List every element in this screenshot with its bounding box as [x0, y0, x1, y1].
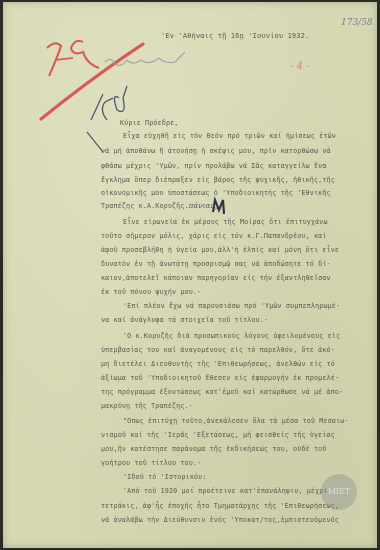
- body-line: της πρόγραμμα ἐξοντώσεως κατ'ἐμοῦ καί κα…: [101, 388, 343, 396]
- body-line: 'Επί πλέον ἔχω νά παρουσιάσω πρό 'Υμῶν σ…: [123, 302, 340, 310]
- body-line: γοήτρου τοῦ τίτλου του.-: [101, 459, 201, 467]
- body-line: νισμοῦ καί τῆς 'Ιερᾶς 'Εξετάσεως, μή φει…: [101, 431, 335, 439]
- body-line: φθάσω μέχρις 'Υμῶν, πρίν προλάβω νά Σᾶς …: [101, 162, 327, 170]
- document-page: 173/58 - 4 - 'Εν 'Αθήναις τῇ 16ῃ 'Ιουνίο…: [3, 2, 377, 548]
- body-line: Τραπέζης κ.Α.Κορυζῆς.πάνιαις: [101, 202, 217, 210]
- pencil-number-mark: [91, 86, 127, 120]
- body-line: Εἶνε εἰρωνεία ἐκ μέρους τῆς Μοίρας ὅτι ἐ…: [123, 218, 328, 226]
- section-heading: 'Ιδού τό 'Ιστορικόν:: [123, 473, 207, 481]
- body-line: νά ἀναλάβω τήν Διεύθυνσιν ἑνός 'Υποκατ/τ…: [101, 516, 339, 524]
- body-line: οἰκονομικῆς μου ὑποστάσεως ὁ 'Υποδιοικητ…: [101, 189, 331, 197]
- archive-reference: 173/58: [341, 18, 373, 28]
- body-line: δυνατόν ἐν τῇ ἀνωτάτῃ προσρισμῷ σας νά ἀ…: [101, 260, 331, 268]
- body-line: 'Από τοῦ 1920 μοί προέτεινε κατ'ἐπανάληψ…: [123, 487, 328, 495]
- body-line: μου,ἥν κατέστησε παράνομα τῆς ἐκδικήσεώς…: [101, 445, 327, 453]
- body-line: τοῦτο σήμερον μόλις, χάρις εἰς τόν κ.Γ.Π…: [101, 232, 327, 240]
- body-line: μη διετέλει Διευθυντής τῆς 'Επιθεωρήσεως…: [101, 360, 335, 368]
- body-line: "Οπως ἐπιτύχῃ τοῦτο,ἀνεκάλεσεν ὅλα τά μέ…: [123, 417, 349, 425]
- body-line-text: Τραπέζης κ.Α.Κορυζῆς.: [101, 202, 189, 210]
- page-number: - 4 -: [290, 61, 309, 72]
- body-line: ἀφοῦ προσεβλήθη ἡ ὑγεία μου,ἀλλ'ἡ ἐλπίς …: [101, 246, 339, 254]
- body-line: νά μή ἀποθάνω ἤ ἀτονήσῃ ἡ σκέψις μου, πρ…: [101, 147, 331, 155]
- body-line: ὑπερβασίας του καί ἀναγομένους εἰς τό πα…: [101, 346, 335, 354]
- body-line: 'Ο κ.Κορυζῆς διά προσωπικούς λόγους ὀφει…: [123, 332, 340, 340]
- red-slash-mark: [41, 44, 143, 119]
- body-line: ἀξίωμα τοῦ 'Υποδιοικητοῦ ἔθεσεν εἰς ἐφαρ…: [101, 374, 339, 382]
- body-line: ἐκ τοῦ πόνου ψυχήν μου.-: [101, 288, 201, 296]
- body-line: τετράκις, ἀφ'ἧς ἐποχῆς ἦτο Τμηματάρχης τ…: [101, 502, 339, 510]
- dateline: 'Εν 'Αθήναις τῇ 16ῃ 'Ιουνίου 1932.: [161, 32, 309, 40]
- body-line: μακρύνῃ τῆς Τραπέζης.-: [101, 402, 193, 410]
- handwritten-insert: πάνιαις: [189, 202, 218, 210]
- archive-watermark-stamp: ΜΙΕΤ: [321, 474, 357, 510]
- body-line: Εἶχα εὐχηθῆ εἰς τόν Θεόν πρό τριῶν καί ἡ…: [123, 132, 336, 140]
- body-line: καιον,ἀποτελεῖ κάποιαν παρηγορίαν εἰς τή…: [101, 274, 331, 282]
- salutation: Κύριε Πρόεδρε,: [120, 119, 178, 127]
- body-line: ἔγκλημα ὅπερ διέπραξεν εἰς βάρος τῆς ψυχ…: [101, 176, 335, 184]
- body-line: να καί ἀνάγλυφα τά στοιχεῖα τοῦ τίτλου.-: [101, 316, 268, 324]
